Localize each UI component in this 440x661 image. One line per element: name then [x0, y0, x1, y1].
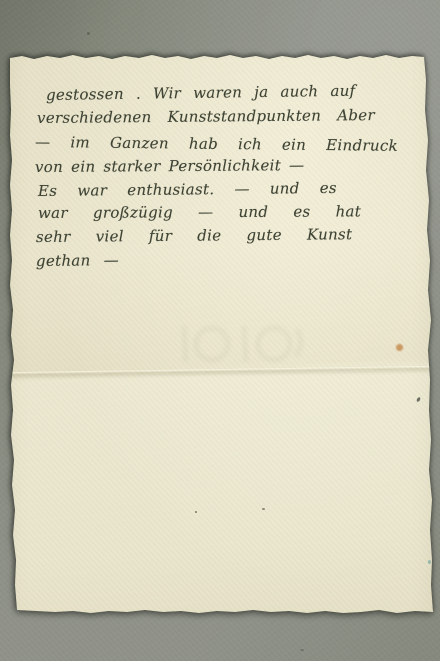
- ink-speck: [262, 508, 265, 510]
- stain-spot: [396, 344, 403, 351]
- handwriting-line: sehr viel für die gute Kunst: [36, 225, 352, 246]
- handwriting-line: von ein starker Persönlichkeit —: [35, 156, 305, 176]
- backdrop-speck: [428, 560, 431, 564]
- ink-speck: [416, 397, 421, 403]
- handwriting-line: war großzügig — und es hat: [38, 202, 361, 222]
- photo-of-letter: gestossen . Wir waren ja auch auf versch…: [0, 0, 440, 661]
- letter-paper: gestossen . Wir waren ja auch auf versch…: [0, 0, 440, 661]
- watermark: [172, 318, 312, 370]
- ink-speck: [195, 511, 197, 513]
- handwriting-line: — im Ganzen hab ich ein Eindruck: [35, 133, 398, 155]
- backdrop-speck: [300, 649, 304, 651]
- handwriting-line: verschiedenen Kunststandpunkten Aber: [37, 106, 375, 127]
- handwriting-line: Es war enthusiast. — und es: [38, 179, 337, 200]
- handwriting-line: gethan —: [36, 251, 119, 270]
- paper-shadow: gestossen . Wir waren ja auch auf versch…: [0, 0, 440, 661]
- handwriting-line: gestossen . Wir waren ja auch auf: [46, 82, 356, 104]
- backdrop-speck: [87, 32, 90, 35]
